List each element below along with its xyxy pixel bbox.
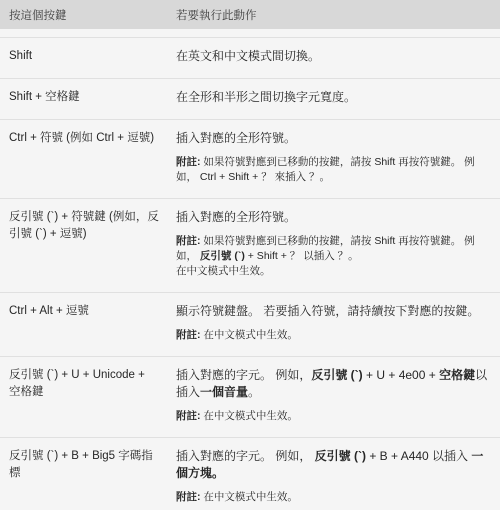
key-cell: Ctrl + 符號 (例如 Ctrl + 逗號) xyxy=(0,130,167,185)
action-text: 插入對應的全形符號。 xyxy=(176,209,488,226)
header-key-column: 按這個按鍵 xyxy=(0,7,167,23)
table-row: 反引號 (`) + U + Unicode + 空格鍵 插入對應的字元。 例如，… xyxy=(0,356,500,437)
header-gap xyxy=(0,29,500,37)
shortcut-table: 按這個按鍵 若要執行此動作 Shift 在英文和中文模式間切換。 Shift +… xyxy=(0,0,500,510)
table-row: Shift 在英文和中文模式間切換。 xyxy=(0,37,500,78)
action-text: 在英文和中文模式間切換。 xyxy=(176,48,488,65)
table-row: Ctrl + Alt + 逗號 顯示符號鍵盤。 若要插入符號，請持續按下對應的按… xyxy=(0,292,500,356)
table-header-row: 按這個按鍵 若要執行此動作 xyxy=(0,0,500,29)
key-cell: 反引號 (`) + B + Big5 字碼指標 xyxy=(0,448,167,505)
key-cell: Shift xyxy=(0,48,167,65)
header-action-column: 若要執行此動作 xyxy=(167,7,500,23)
table-row: 反引號 (`) + 符號鍵 (例如，反引號 (`) + 逗號) 插入對應的全形符… xyxy=(0,198,500,292)
action-cell: 顯示符號鍵盤。 若要插入符號，請持續按下對應的按鍵。 附註: 在中文模式中生效。 xyxy=(167,303,500,343)
key-cell: 反引號 (`) + 符號鍵 (例如，反引號 (`) + 逗號) xyxy=(0,209,167,279)
note-text: 附註: 如果符號對應到已移動的按鍵，請按 Shift 再按符號鍵。 例如， 反引… xyxy=(176,234,488,279)
note-text: 附註: 在中文模式中生效。 xyxy=(176,328,488,343)
action-text: 插入對應的字元。 例如，反引號 (`) + U + 4e00 + 空格鍵以插入一… xyxy=(176,367,488,401)
action-cell: 插入對應的全形符號。 附註: 如果符號對應到已移動的按鍵，請按 Shift 再按… xyxy=(167,209,500,279)
action-text: 顯示符號鍵盤。 若要插入符號，請持續按下對應的按鍵。 xyxy=(176,303,488,320)
action-text: 插入對應的全形符號。 xyxy=(176,130,488,147)
key-cell: Shift + 空格鍵 xyxy=(0,89,167,106)
note-text: 附註: 如果符號對應到已移動的按鍵，請按 Shift 再按符號鍵。 例如， Ct… xyxy=(176,155,488,185)
action-cell: 在全形和半形之間切換字元寬度。 xyxy=(167,89,500,106)
shortcut-table-body: Shift 在英文和中文模式間切換。 Shift + 空格鍵 在全形和半形之間切… xyxy=(0,37,500,510)
note-text: 附註: 在中文模式中生效。 xyxy=(176,490,488,505)
action-cell: 插入對應的全形符號。 附註: 如果符號對應到已移動的按鍵，請按 Shift 再按… xyxy=(167,130,500,185)
note-text: 附註: 在中文模式中生效。 xyxy=(176,409,488,424)
action-cell: 插入對應的字元。 例如，反引號 (`) + U + 4e00 + 空格鍵以插入一… xyxy=(167,367,500,424)
key-cell: Ctrl + Alt + 逗號 xyxy=(0,303,167,343)
action-text: 在全形和半形之間切換字元寬度。 xyxy=(176,89,488,106)
table-row: Ctrl + 符號 (例如 Ctrl + 逗號) 插入對應的全形符號。 附註: … xyxy=(0,119,500,198)
action-cell: 在英文和中文模式間切換。 xyxy=(167,48,500,65)
table-row: Shift + 空格鍵 在全形和半形之間切換字元寬度。 xyxy=(0,78,500,119)
action-cell: 插入對應的字元。 例如， 反引號 (`) + B + A440 以插入 一個方塊… xyxy=(167,448,500,505)
table-row: 反引號 (`) + B + Big5 字碼指標 插入對應的字元。 例如， 反引號… xyxy=(0,437,500,510)
key-cell: 反引號 (`) + U + Unicode + 空格鍵 xyxy=(0,367,167,424)
action-text: 插入對應的字元。 例如， 反引號 (`) + B + A440 以插入 一個方塊… xyxy=(176,448,488,482)
